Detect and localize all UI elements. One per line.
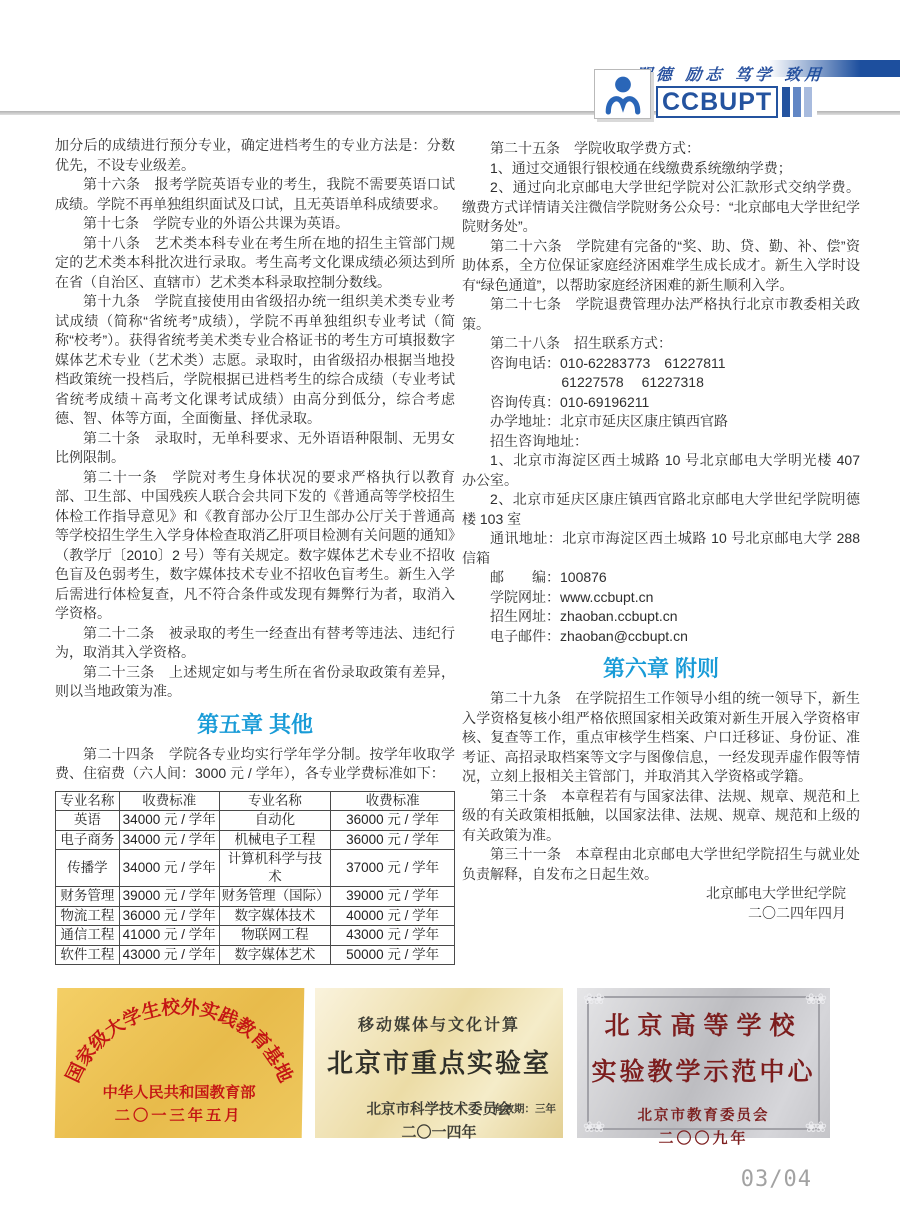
left-column: 加分后的成绩进行预分专业，确定进档考生的专业方法是：分数优先，不设专业级差。 第…: [55, 136, 455, 965]
svg-text:国家级大学生校外实践教育基地: 国家级大学生校外实践教育基地: [62, 995, 300, 1086]
right-column: 第二十五条 学院收取学费方式： 1、通过交通银行银校通在线缴费系统缴纳学费； 2…: [462, 139, 860, 923]
brand-wordmark: CCBUPT: [656, 86, 778, 118]
chapter-6-heading: 第六章 附则: [462, 655, 860, 683]
payment-option-1: 1、通过交通银行银校通在线缴费系统缴纳学费；: [462, 159, 860, 179]
plaque1-arc-title: 国家级大学生校外实践教育基地: [62, 995, 300, 1086]
table-row: 传播学34000 元 / 学年计算机科学与技术37000 元 / 学年: [56, 850, 455, 887]
consult-address-2: 2、北京市延庆区康庄镇西官路北京邮电大学世纪学院明德楼 103 室: [462, 490, 860, 529]
table-row: 英语34000 元 / 学年自动化36000 元 / 学年: [56, 811, 455, 831]
floral-ornament-icon: ❀❀: [583, 990, 602, 1008]
consult-address-1: 1、北京市海淀区西土城路 10 号北京邮电大学明光楼 407 办公室。: [462, 451, 860, 490]
article-21: 第二十一条 学院对考生身体状况的要求严格执行以教育部、卫生部、中国残疾人联合会共…: [55, 468, 455, 624]
col-header: 专业名称: [219, 791, 331, 811]
plaque1-org: 中华人民共和国教育部: [102, 1084, 256, 1102]
college-website: 学院网址：www.ccbupt.cn: [462, 588, 860, 608]
article-19: 第十九条 学院直接使用由省级招办统一组织美术类专业考试成绩（简称“省统考”成绩）…: [55, 292, 455, 429]
paragraph: 加分后的成绩进行预分专业，确定进档考生的专业方法是：分数优先，不设专业级差。: [55, 136, 455, 175]
admission-website: 招生网址：zhaoban.ccbupt.cn: [462, 607, 860, 627]
article-30: 第三十条 本章程若有与国家法律、法规、规章、规范和上级的有关政策相抵触，以国家法…: [462, 787, 860, 846]
floral-ornament-icon: ❀❀: [583, 1118, 602, 1136]
plaque-national-practice-base: 国家级大学生校外实践教育基地 中华人民共和国教育部 二〇一三年五月: [55, 988, 305, 1138]
plaque2-title: 北京市重点实验室: [315, 1043, 563, 1080]
plaque1-year: 二〇一三年五月: [115, 1106, 243, 1124]
plaque-demo-center: ❀❀ ❀❀ ❀❀ ❀❀ 北京高等学校 实验教学示范中心 北京市教育委员会 二〇〇…: [577, 988, 830, 1138]
article-24: 第二十四条 学院各专业均实行学年学分制。按学年收取学费、住宿费（六人间：3000…: [55, 745, 455, 784]
plaque2-year: 二〇一四年: [315, 1121, 563, 1142]
mailing-address: 通讯地址：北京市海淀区西土城路 10 号北京邮电大学 288 信箱: [462, 529, 860, 568]
tuition-table: 专业名称 收费标准 专业名称 收费标准 英语34000 元 / 学年自动化360…: [55, 791, 455, 966]
brochure-page: 明德 励志 笃学 致用 CCBUPT 加分后的成绩进行预分专业，确定进档考生的专…: [0, 0, 900, 1221]
col-header: 收费标准: [331, 791, 455, 811]
plaque1-art: 国家级大学生校外实践教育基地 中华人民共和国教育部 二〇一三年五月: [55, 988, 305, 1138]
floral-ornament-icon: ❀❀: [805, 1118, 824, 1136]
article-16: 第十六条 报考学院英语专业的考生，我院不需要英语口试成绩。学院不再单独组织面试及…: [55, 175, 455, 214]
article-31: 第三十一条 本章程由北京邮电大学世纪学院招生与就业处负责解释，自发布之日起生效。: [462, 845, 860, 884]
plaque2-validity-note: 有效期：三年: [493, 1101, 556, 1116]
col-header: 收费标准: [119, 791, 219, 811]
article-26: 第二十六条 学院建有完备的“奖、助、贷、勤、补、偿”资助体系，全方位保证家庭经济…: [462, 237, 860, 296]
phone-line-2: 61227578 61227318: [462, 373, 860, 393]
header-gradient-bar: [768, 60, 900, 77]
col-header: 专业名称: [56, 791, 120, 811]
fax-line: 咨询传真：010-69196211: [462, 393, 860, 413]
table-row: 财务管理39000 元 / 学年财务管理（国际）39000 元 / 学年: [56, 887, 455, 907]
person-icon: [602, 73, 644, 115]
plaque2-subtitle: 移动媒体与文化计算: [315, 988, 563, 1035]
article-27: 第二十七条 学院退费管理办法严格执行北京市教委相关政策。: [462, 295, 860, 334]
table-header-row: 专业名称 收费标准 专业名称 收费标准: [56, 791, 455, 811]
article-25: 第二十五条 学院收取学费方式：: [462, 139, 860, 159]
signature-org: 北京邮电大学世纪学院: [462, 884, 860, 904]
table-row: 电子商务34000 元 / 学年机械电子工程36000 元 / 学年: [56, 830, 455, 850]
article-17: 第十七条 学院专业的外语公共课为英语。: [55, 214, 455, 234]
article-22: 第二十二条 被录取的考生一经查出有替考等违法、违纪行为，取消其入学资格。: [55, 624, 455, 663]
article-23: 第二十三条 上述规定如与考生所在省份录取政策有差异，则以当地政策为准。: [55, 663, 455, 702]
chapter-5-heading: 第五章 其他: [55, 711, 455, 739]
article-18: 第十八条 艺术类本科专业在考生所在地的招生主管部门规定的艺术类本科批次进行录取。…: [55, 234, 455, 293]
table-row: 软件工程43000 元 / 学年数字媒体艺术50000 元 / 学年: [56, 945, 455, 965]
ccbupt-logo-icon: [594, 69, 651, 119]
plaque3-frame: [587, 996, 820, 1130]
plaque3-year: 二〇〇九年: [577, 1127, 830, 1148]
floral-ornament-icon: ❀❀: [805, 990, 824, 1008]
admission-email: 电子邮件：zhaoban@ccbupt.cn: [462, 627, 860, 647]
article-20: 第二十条 录取时，无单科要求、无外语语种限制、无男女比例限制。: [55, 429, 455, 468]
page-number: 03/04: [741, 1167, 812, 1192]
article-28: 第二十八条 招生联系方式：: [462, 334, 860, 354]
brand-bars-icon: [782, 87, 815, 117]
payment-option-2: 2、通过向北京邮电大学世纪学院对公汇款形式交纳学费。缴费方式详情请关注微信学院财…: [462, 178, 860, 237]
phone-line: 咨询电话：010-62283773 61227811: [462, 354, 860, 374]
table-row: 通信工程41000 元 / 学年物联网工程43000 元 / 学年: [56, 926, 455, 946]
article-29: 第二十九条 在学院招生工作领导小组的统一领导下，新生入学资格复核小组严格依照国家…: [462, 689, 860, 787]
zip-code: 邮 编：100876: [462, 568, 860, 588]
campus-address: 办学地址：北京市延庆区康庄镇西官路: [462, 412, 860, 432]
plaque-key-laboratory: 移动媒体与文化计算 北京市重点实验室 北京市科学技术委员会 二〇一四年 有效期：…: [315, 988, 563, 1138]
signature-date: 二〇二四年四月: [462, 904, 860, 924]
brand-block: CCBUPT: [656, 86, 817, 118]
table-row: 物流工程36000 元 / 学年数字媒体技术40000 元 / 学年: [56, 906, 455, 926]
consult-address-label: 招生咨询地址：: [462, 432, 860, 452]
